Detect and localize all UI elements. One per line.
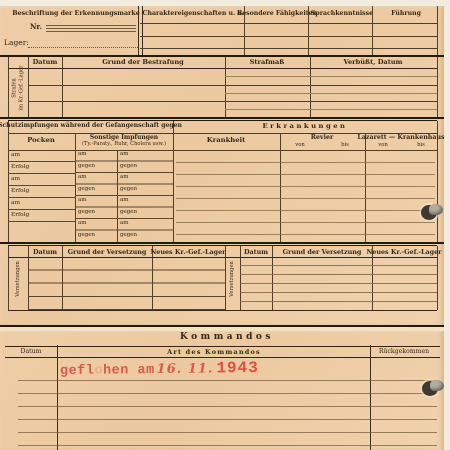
geflohen-stamp: geflohen am16. 11.1943: [60, 357, 259, 379]
sonstige-am-label: am: [78, 221, 87, 227]
strafen-datum-header: Datum: [33, 59, 58, 66]
stamp-year: 1943: [216, 359, 259, 377]
sonstige-am-label: am: [78, 152, 87, 158]
sonstige-gegen-label: gegen: [78, 210, 95, 216]
table-border: [437, 57, 438, 118]
kommandos-datum-header: Datum: [21, 349, 42, 356]
sonstige-gegen-label: gegen: [78, 233, 95, 239]
strafen-side-line2: im Kr.-Gef.-Lager: [18, 65, 24, 110]
charakter-header: Charaktereigenschaften u. a.: [143, 11, 244, 18]
row-rule: [28, 85, 437, 86]
versetzungen-side-label: Versetzungen: [229, 261, 236, 297]
sonstige-subheader: (Ty.-Paraty., Ruhr, Cholera usw.): [82, 142, 166, 147]
table-border: [8, 246, 9, 310]
section-divider-heavy: [0, 242, 444, 244]
table-border: [173, 121, 174, 242]
kommandos-title: Kommandos: [180, 333, 274, 342]
stamp-text-part1: gefl: [60, 364, 95, 379]
strafen-strafmass-header: Strafmaß: [250, 59, 285, 66]
sprachkenntnisse-header: Sprachkenntnisse: [311, 11, 373, 18]
sonstige-header: Sonstige Impfungen: [90, 135, 158, 141]
pocken-erfolg-label: Erfolg: [11, 212, 29, 218]
revier-von-label: von: [295, 143, 305, 149]
sonstige-am-label: am: [78, 198, 87, 204]
sonstige-gegen-label: gegen: [120, 233, 137, 239]
table-border: [28, 57, 29, 118]
versetzung-datum-header: Datum: [33, 249, 57, 256]
versetzung-datum-header: Datum: [244, 249, 268, 256]
fuehrung-header: Führung: [391, 11, 421, 18]
sonstige-gegen-label: gegen: [78, 187, 95, 193]
strafen-side-label: Strafen im Kr.-Gef.-Lager: [12, 65, 25, 110]
stamp-handwritten-date: 16. 11.: [157, 361, 214, 377]
versetzung-right-rows: [240, 257, 437, 309]
strafen-side-line1: Strafen: [12, 78, 18, 98]
versetzung-neues-lager-header: Neues Kr.-Gef.-Lager: [150, 249, 225, 256]
nr-value-rule: [46, 25, 136, 34]
sonstige-am-label: am: [120, 175, 129, 181]
punch-hole-fastener: [429, 204, 443, 215]
section-divider-heavy: [0, 55, 444, 57]
versetzung-neues-lager-header: Neues Kr.-Gef.-Lager: [366, 249, 441, 256]
erkrankungen-ruled-rows: [176, 151, 435, 241]
table-border: [437, 246, 438, 310]
table-border: [225, 246, 226, 310]
table-border: [8, 57, 9, 118]
faehigkeiten-header: Besondere Fähigkeiten: [237, 11, 317, 18]
punch-hole-fastener: [430, 380, 444, 391]
table-border: [62, 57, 63, 118]
pocken-header: Pocken: [27, 137, 55, 144]
section-divider-heavy: [0, 117, 444, 119]
impfungen-title: Schutzimpfungen während der Gefangenscha…: [0, 123, 182, 129]
strafen-verbuesst-header: Verbüßt, Datum: [343, 59, 402, 66]
sonstige-am-label: am: [78, 175, 87, 181]
row-rule-light: [225, 76, 437, 77]
punch-hole-bottom: [422, 380, 445, 398]
kommandos-art-header: Art des Kommandos: [167, 349, 261, 356]
row-rule-light: [225, 109, 437, 110]
sonstige-am-label: am: [120, 221, 129, 227]
section-divider-thin: [8, 120, 437, 121]
pocken-am-label: am: [11, 152, 20, 158]
revier-header: Revier: [311, 135, 334, 142]
stamp-faded-letter: o: [94, 364, 103, 379]
pocken-am-label: am: [11, 200, 20, 206]
versetzung-grund-header: Grund der Versetzung: [68, 249, 147, 256]
erkrankungen-title: Erkrankungen: [262, 123, 347, 130]
sonstige-gegen-label: gegen: [120, 187, 137, 193]
sonstige-am-label: am: [120, 198, 129, 204]
pocken-erfolg-label: Erfolg: [11, 164, 29, 170]
lazarett-header: Lazarett — Krankenhaus: [357, 135, 444, 142]
versetzung-left-rows: [28, 257, 225, 310]
krankheit-header: Krankheit: [207, 137, 246, 144]
lager-value-rule: [28, 40, 138, 48]
sonstige-am-label: am: [120, 152, 129, 158]
punch-hole-top: [421, 204, 444, 222]
row-rule: [140, 36, 437, 37]
stamp-text-part2: hen am: [103, 363, 155, 379]
lazarett-von-label: von: [378, 143, 388, 149]
lager-label: Lager:: [4, 39, 29, 47]
row-rule: [140, 23, 437, 24]
pocken-erfolg-label: Erfolg: [11, 188, 29, 194]
strafen-grund-header: Grund der Bestrafung: [102, 59, 183, 66]
lazarett-bis-label: bis: [417, 143, 425, 149]
pocken-am-label: am: [11, 176, 20, 182]
revier-bis-label: bis: [341, 143, 349, 149]
header-rule: [8, 68, 437, 69]
row-rule-light: [225, 93, 437, 94]
kommandos-rueckkehr-header: Rückgekommen: [379, 349, 429, 356]
sonstige-gegen-label: gegen: [120, 164, 137, 170]
column-divider: [437, 6, 438, 56]
table-bottom-rule: [8, 310, 437, 311]
row-rule: [140, 48, 437, 49]
erkennungsmarke-label: Beschriftung der Erkennungsmarke: [12, 11, 139, 18]
row-rule: [28, 101, 437, 102]
versetzungen-side-label: Versetzungen: [15, 261, 22, 297]
versetzung-grund-header: Grund der Versetzung: [283, 249, 362, 256]
kommandos-ruled-rows: [18, 368, 437, 450]
nr-label: Nr.: [30, 23, 42, 30]
sonstige-gegen-label: gegen: [120, 210, 137, 216]
sonstige-gegen-label: gegen: [78, 164, 95, 170]
